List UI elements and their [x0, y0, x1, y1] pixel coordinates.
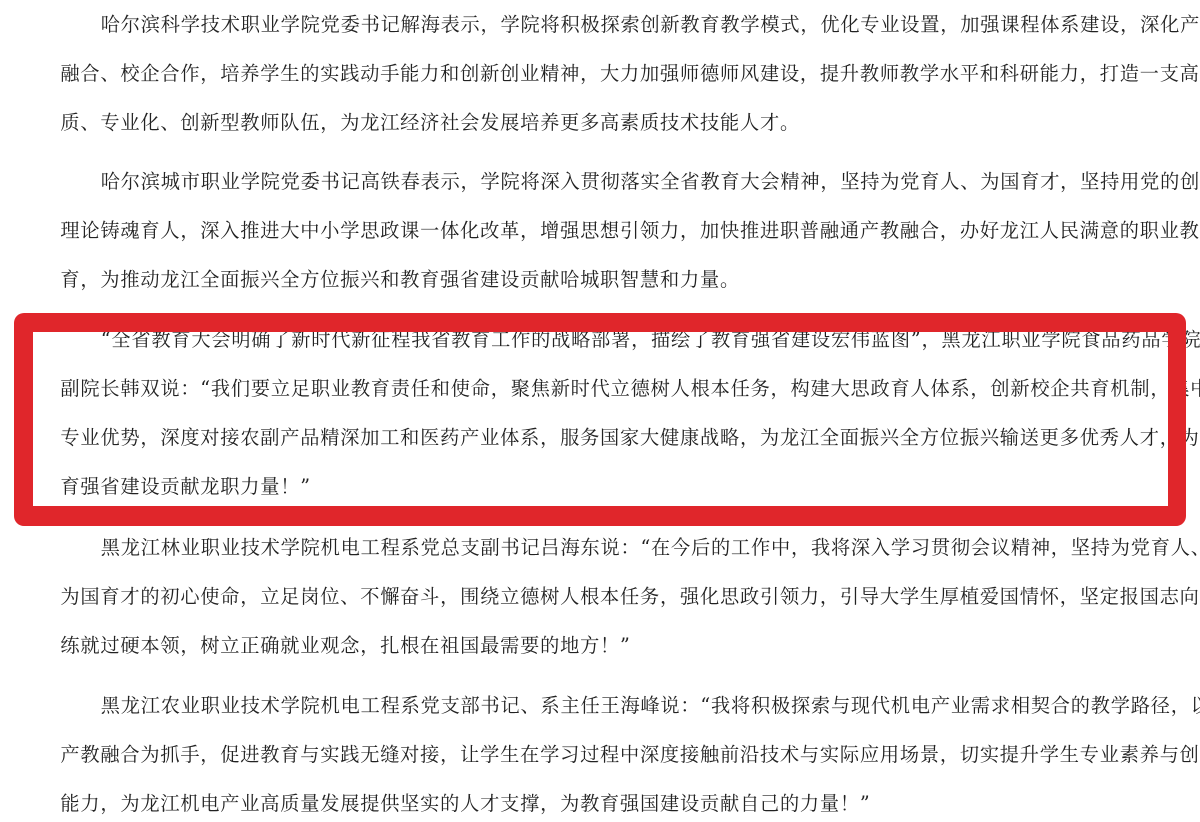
paragraph-agriculture-vocational: 黑龙江农业职业技术学院机电工程系党支部书记、系主任王海峰说：“我将积极探索与现代…: [20, 681, 1182, 822]
paragraph-harbin-science-tech: 哈尔滨科学技术职业学院党委书记解海表示，学院将积极探索创新教育教学模式，优化专业…: [20, 0, 1182, 147]
paragraph-line: 练就过硬本领，树立正确就业观念，扎根在祖国最需要的地方！”: [20, 621, 1182, 670]
paragraph-line: 理论铸魂育人，深入推进大中小学思政课一体化改革，增强思想引领力，加快推进职普融通…: [20, 206, 1182, 255]
paragraph-line: 黑龙江农业职业技术学院机电工程系党支部书记、系主任王海峰说：“我将积极探索与现代…: [20, 681, 1182, 730]
paragraph-line: 黑龙江林业职业技术学院机电工程系党总支副书记吕海东说：“在今后的工作中，我将深入…: [20, 523, 1182, 572]
paragraph-line: 哈尔滨城市职业学院党委书记高铁春表示，学院将深入贯彻落实全省教育大会精神，坚持为…: [20, 157, 1182, 206]
paragraph-line: 融合、校企合作，培养学生的实践动手能力和创新创业精神，大力加强师德师风建设，提升…: [20, 49, 1182, 98]
paragraph-line: 专业优势，深度对接农副产品精深加工和医药产业体系，服务国家大健康战略，为龙江全面…: [20, 413, 1182, 462]
paragraph-line: 育，为推动龙江全面振兴全方位振兴和教育强省建设贡献哈城职智慧和力量。: [20, 255, 1182, 304]
paragraph-line: 哈尔滨科学技术职业学院党委书记解海表示，学院将积极探索创新教育教学模式，优化专业…: [20, 0, 1182, 49]
paragraph-line: 副院长韩双说：“我们要立足职业教育责任和使命，聚焦新时代立德树人根本任务，构建大…: [20, 364, 1182, 413]
paragraph-line: 为国育才的初心使命，立足岗位、不懈奋斗，围绕立德树人根本任务，强化思政引领力，引…: [20, 572, 1182, 621]
paragraph-highlighted-quote: “全省教育大会明确了新时代新征程我省教育工作的战略部署，描绘了教育强省建设宏伟蓝…: [20, 315, 1182, 511]
paragraph-harbin-city-vocational: 哈尔滨城市职业学院党委书记高铁春表示，学院将深入贯彻落实全省教育大会精神，坚持为…: [20, 157, 1182, 304]
paragraph-line: “全省教育大会明确了新时代新征程我省教育工作的战略部署，描绘了教育强省建设宏伟蓝…: [20, 315, 1182, 364]
paragraph-line: 育强省建设贡献龙职力量！”: [20, 462, 1182, 511]
paragraph-line: 能力，为龙江机电产业高质量发展提供坚实的人才支撑，为教育强国建设贡献自己的力量！…: [20, 779, 1182, 822]
paragraph-forestry-vocational: 黑龙江林业职业技术学院机电工程系党总支副书记吕海东说：“在今后的工作中，我将深入…: [20, 523, 1182, 670]
paragraph-line: 产教融合为抓手，促进教育与实践无缝对接，让学生在学习过程中深度接触前沿技术与实际…: [20, 730, 1182, 779]
paragraph-line: 质、专业化、创新型教师队伍，为龙江经济社会发展培养更多高素质技术技能人才。: [20, 98, 1182, 147]
